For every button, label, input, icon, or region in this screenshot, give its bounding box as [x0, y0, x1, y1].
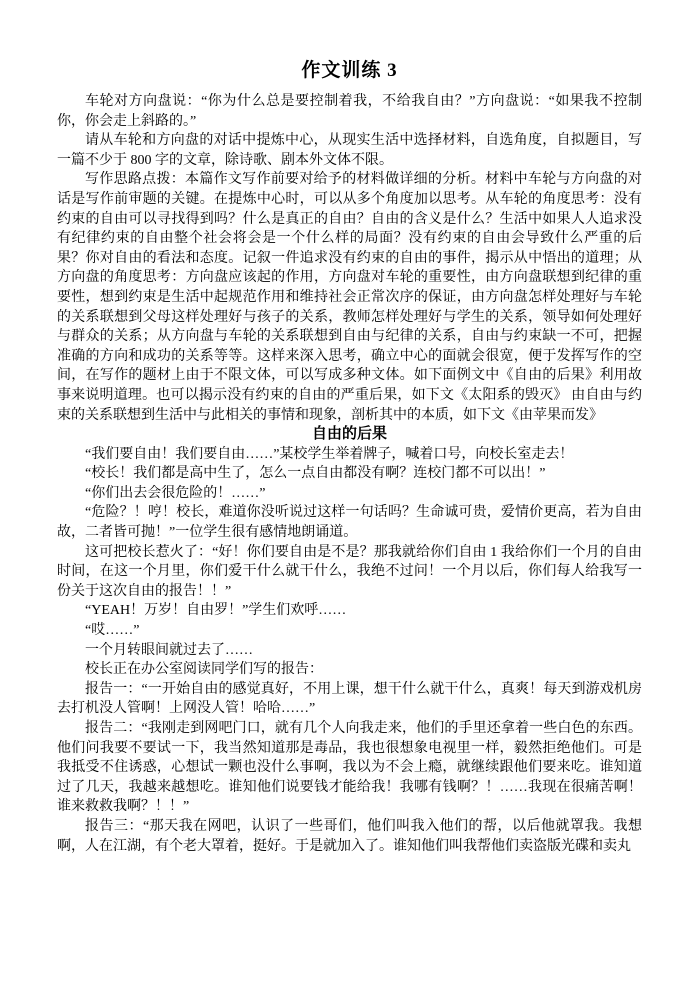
essay-paragraph: 报告二：“我刚走到网吧门口，就有几个人向我走来，他们的手里还拿着一些白色的东西。…: [57, 719, 642, 817]
essay-title: 自由的后果: [57, 425, 642, 445]
document-page: 作文训练 3 车轮对方向盘说：“你为什么总是要控制着我，不给我自由？”方向盘说：…: [0, 0, 696, 983]
material-paragraph: 车轮对方向盘说：“你为什么总是要控制着我，不给我自由？”方向盘说：“如果我不控制…: [57, 92, 642, 131]
essay-paragraph: “危险？！哼！校长，难道你没听说过这样一句话吗？生命诚可贵，爱情价更高，若为自由…: [57, 503, 642, 542]
essay-paragraph: 校长正在办公室阅读同学们写的报告：: [57, 660, 642, 680]
assignment-paragraph: 请从车轮和方向盘的对话中提炼中心，从现实生活中选择材料，自选角度，自拟题目，写一…: [57, 131, 642, 170]
essay-paragraph: 这可把校长惹火了：“好！你们要自由是不是？那我就给你们自由 1 我给你们一个月的…: [57, 543, 642, 602]
essay-paragraph: 一个月转眼间就过去了……: [57, 641, 642, 661]
essay-paragraph: 报告一：“一开始自由的感觉真好，不用上课，想干什么就干什么，真爽！每天到游戏机房…: [57, 680, 642, 719]
essay-paragraph: “哎……”: [57, 621, 642, 641]
guidance-paragraph: 写作思路点拨：本篇作文写作前要对给予的材料做详细的分析。材料中车轮与方向盘的对话…: [57, 170, 642, 425]
essay-paragraph: “你们出去会很危险的！……”: [57, 484, 642, 504]
essay-paragraph: 报告三：“那天我在网吧，认识了一些哥们，他们叫我入他们的帮，以后他就罩我。我想啊…: [57, 817, 642, 856]
essay-paragraph: “校长！我们都是高中生了，怎么一点自由都没有啊？连校门都不可以出！”: [57, 464, 642, 484]
essay-paragraph: “我们要自由！我们要自由……”某校学生举着牌子，喊着口号，向校长室走去！: [57, 445, 642, 465]
essay-paragraph: “YEAH！万岁！自由罗！”学生们欢呼……: [57, 601, 642, 621]
document-title: 作文训练 3: [57, 58, 642, 84]
